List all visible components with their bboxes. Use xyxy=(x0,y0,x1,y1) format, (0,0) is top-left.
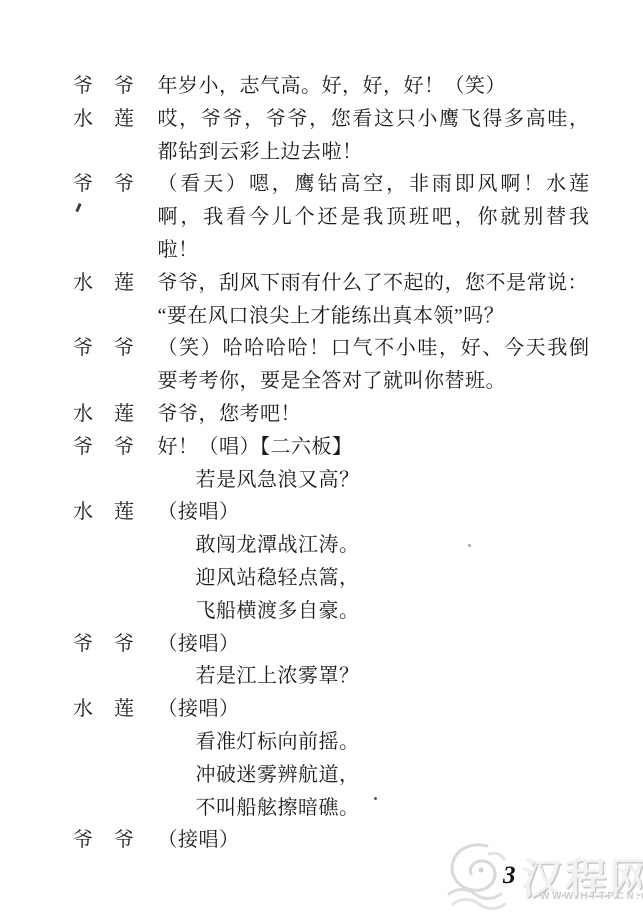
line-text: 看准灯标向前摇。 xyxy=(196,731,360,753)
script-line: 水 莲 哎，爷爷，爷爷，您看这只小鹰飞得多高哇， xyxy=(0,103,643,136)
line-text: （接唱） xyxy=(158,501,240,523)
script-lines: 爷 爷 年岁小，志气高。好，好，好！（笑） 水 莲 哎，爷爷，爷爷，您看这只小鹰… xyxy=(0,70,643,857)
script-line: 啦！ xyxy=(0,234,643,267)
scan-artifact-dot xyxy=(468,544,471,547)
line-text: （看天）嗯，鹰钻高空，非雨即风啊！水莲 xyxy=(158,168,590,201)
speaker-name: 水 莲 xyxy=(73,496,137,529)
speaker-name: 爷 爷 xyxy=(73,332,137,365)
line-text: 啦！ xyxy=(158,239,199,261)
script-line: 爷 爷 （笑）哈哈哈哈！口气不小哇，好、今天我倒 xyxy=(0,332,643,365)
script-line: 敢闯龙潭战江涛。 xyxy=(0,529,643,562)
line-text: 爷爷，您考吧！ xyxy=(158,403,302,425)
script-line: 水 莲 爷爷，您考吧！ xyxy=(0,398,643,431)
speaker-name: 爷 爷 xyxy=(73,168,137,201)
line-text: 年岁小，志气高。好，好，好！（笑） xyxy=(158,75,507,97)
speaker-name: 水 莲 xyxy=(73,267,137,300)
script-line: 若是江上浓雾罩？ xyxy=(0,660,643,693)
line-text: 敢闯龙潭战江涛。 xyxy=(196,534,360,556)
line-text: 哎，爷爷，爷爷，您看这只小鹰飞得多高哇， xyxy=(158,103,590,136)
script-line: 看准灯标向前摇。 xyxy=(0,726,643,759)
speaker-name: 水 莲 xyxy=(73,398,137,431)
line-text: （接唱） xyxy=(158,633,240,655)
speaker-name: 爷 爷 xyxy=(73,628,137,661)
script-line: 水 莲 爷爷，刮风下雨有什么了不起的，您不是常说： xyxy=(0,267,643,300)
line-text: 若是风急浪又高？ xyxy=(196,469,360,491)
line-text: 啊，我看今儿个还是我顶班吧，你就别替我 xyxy=(158,201,590,234)
speaker-name: 爷 爷 xyxy=(73,824,137,857)
line-text: （笑）哈哈哈哈！口气不小哇，好、今天我倒 xyxy=(158,332,590,365)
script-line: 要考考你，要是全答对了就叫你替班。 xyxy=(0,365,643,398)
line-text: （接唱） xyxy=(158,698,240,720)
line-text: 要考考你，要是全答对了就叫你替班。 xyxy=(158,370,507,392)
script-line: 爷 爷 （看天）嗯，鹰钻高空，非雨即风啊！水莲 xyxy=(0,168,643,201)
scan-artifact-dot xyxy=(374,797,377,800)
line-text: 冲破迷雾辨航道， xyxy=(196,764,360,786)
speaker-name: 爷 爷 xyxy=(73,431,137,464)
page-number: 3 xyxy=(503,862,516,890)
script-line: 水 莲 （接唱） xyxy=(0,693,643,726)
speaker-name: 水 莲 xyxy=(73,103,137,136)
line-text: 飞船横渡多自豪。 xyxy=(196,600,360,622)
script-line: 爷 爷 （接唱） xyxy=(0,628,643,661)
script-line: 迎风站稳轻点篙， xyxy=(0,562,643,595)
script-line: 不叫船舷擦暗礁。 xyxy=(0,792,643,825)
watermark-site-url: WWW.HTTPCN.COM xyxy=(540,891,643,902)
line-text: 迎风站稳轻点篙， xyxy=(196,567,360,589)
line-text: 好！（唱）【二六板】 xyxy=(158,436,353,458)
script-line: 水 莲 （接唱） xyxy=(0,496,643,529)
line-text: （接唱） xyxy=(158,829,240,851)
script-line: 若是风急浪又高？ xyxy=(0,464,643,497)
script-line: 都钻到云彩上边去啦！ xyxy=(0,136,643,169)
script-line: 啊，我看今儿个还是我顶班吧，你就别替我 xyxy=(0,201,643,234)
script-line: “要在风口浪尖上才能练出真本领”吗？ xyxy=(0,300,643,333)
speaker-name: 爷 爷 xyxy=(73,70,137,103)
line-text: 若是江上浓雾罩？ xyxy=(196,665,360,687)
line-text: 爷爷，刮风下雨有什么了不起的，您不是常说： xyxy=(158,272,589,294)
speaker-name: 水 莲 xyxy=(73,693,137,726)
line-text: 不叫船舷擦暗礁。 xyxy=(196,797,360,819)
script-line: 冲破迷雾辨航道， xyxy=(0,759,643,792)
script-line: 爷 爷 （接唱） xyxy=(0,824,643,857)
script-line: 爷 爷 好！（唱）【二六板】 xyxy=(0,431,643,464)
line-text: 都钻到云彩上边去啦！ xyxy=(158,141,363,163)
script-page: 爷 爷 年岁小，志气高。好，好，好！（笑） 水 莲 哎，爷爷，爷爷，您看这只小鹰… xyxy=(0,0,643,920)
script-line: 飞船横渡多自豪。 xyxy=(0,595,643,628)
line-text: “要在风口浪尖上才能练出真本领”吗？ xyxy=(158,305,505,327)
script-line: 爷 爷 年岁小，志气高。好，好，好！（笑） xyxy=(0,70,643,103)
